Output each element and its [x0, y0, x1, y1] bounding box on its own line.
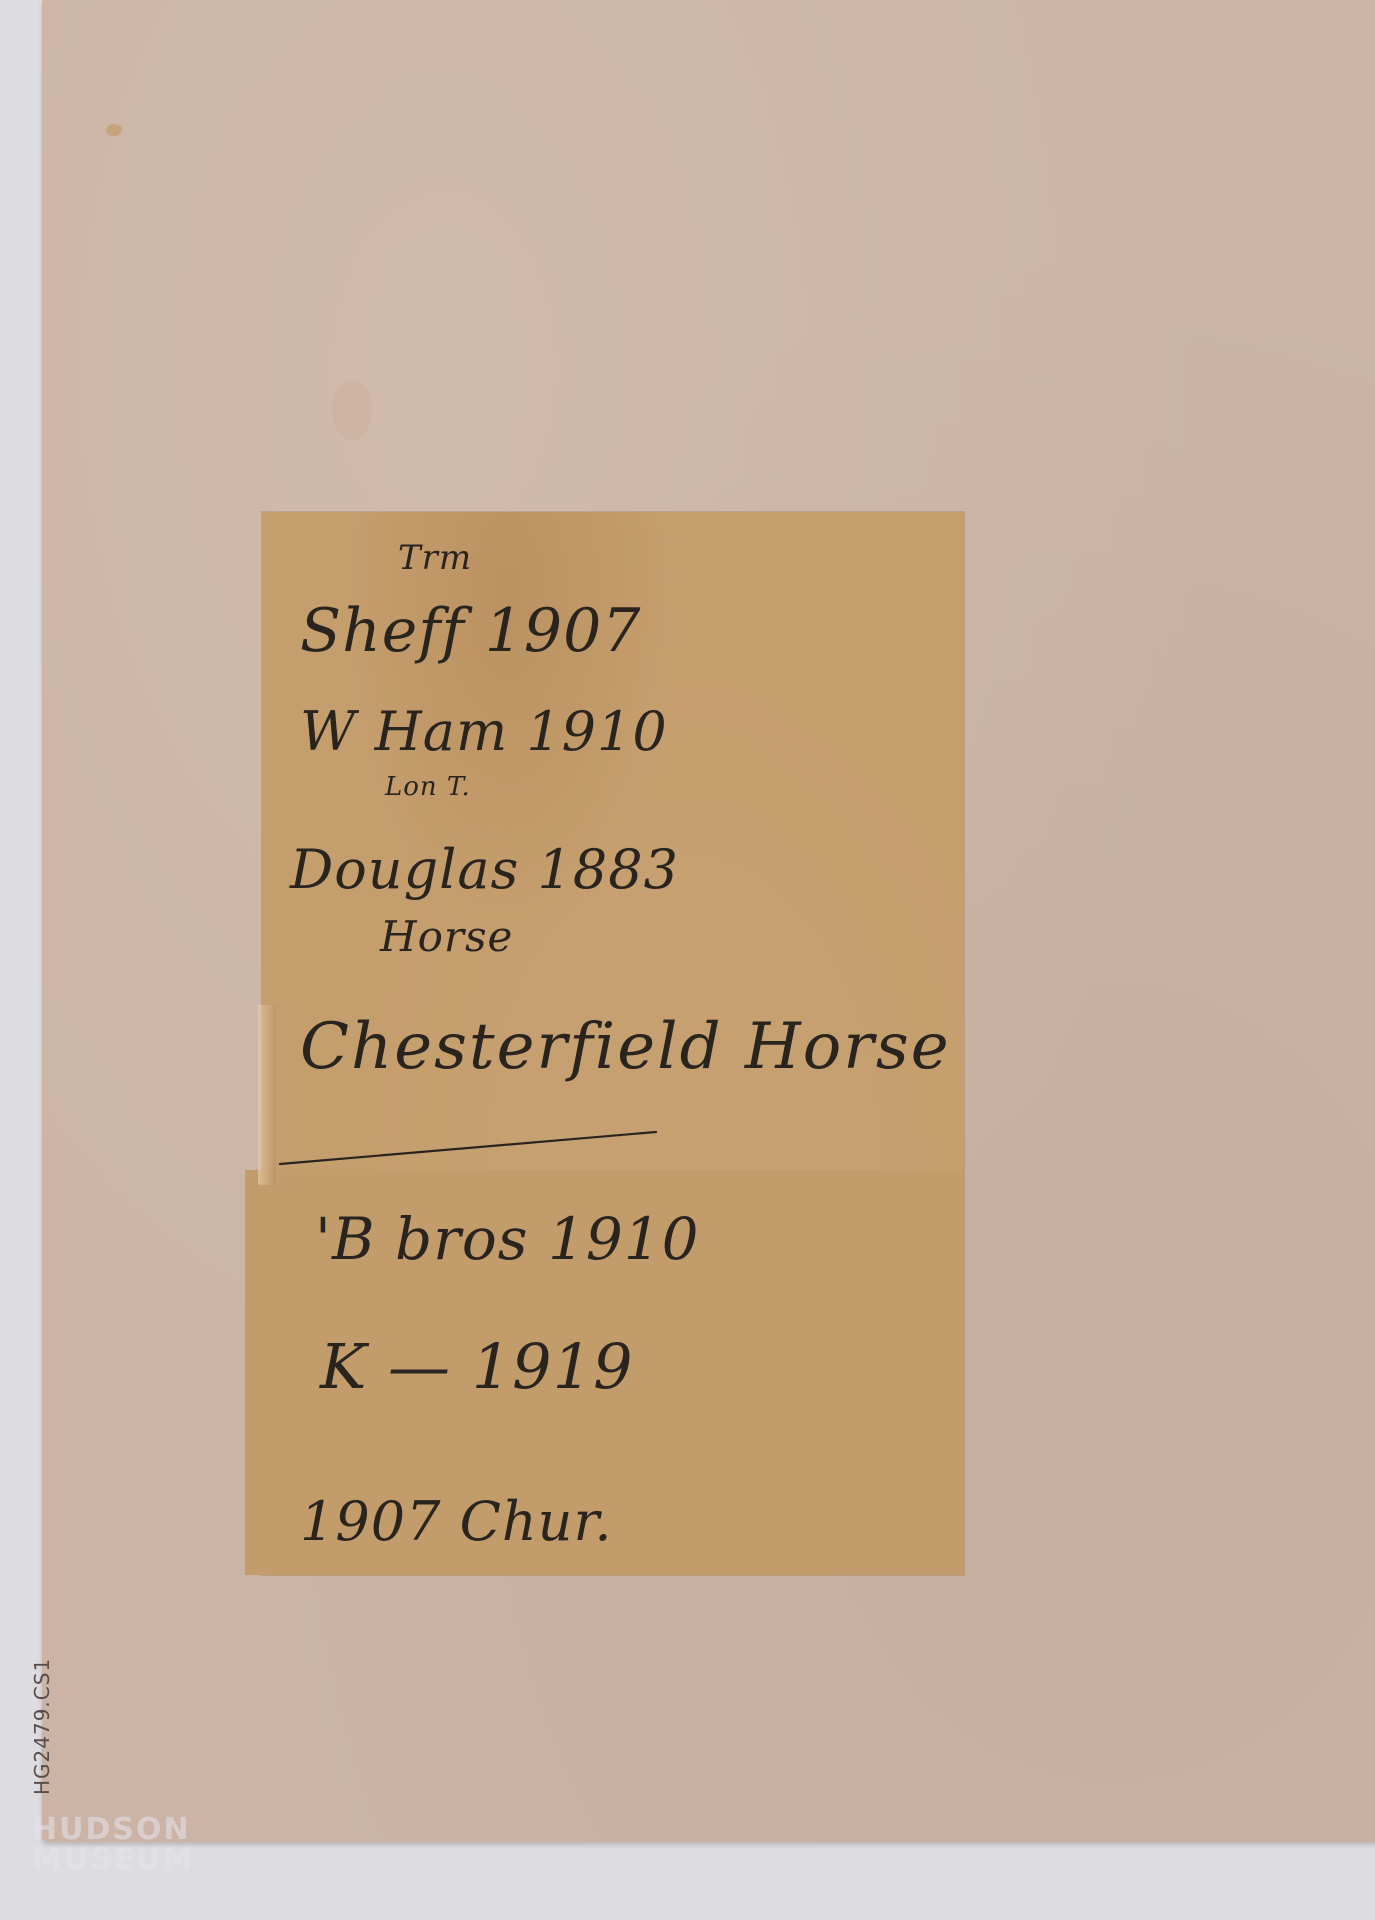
- watermark-line-2: MUSEUM: [32, 1845, 232, 1875]
- note-line-trm: Trm: [398, 538, 472, 578]
- note-line-horse: Horse: [380, 912, 513, 961]
- note-line-chur: 1907 Chur.: [300, 1490, 613, 1553]
- note-line-sheff: Sheff 1907: [300, 596, 641, 666]
- note-line-chesterfield: Chesterfield Horse: [300, 1010, 951, 1084]
- note-line-bros: 'B bros 1910: [315, 1205, 700, 1273]
- stain-mark: [106, 124, 122, 136]
- accession-number: HG2479.CS1: [30, 1615, 70, 1795]
- note-line-lont: Lon T.: [385, 772, 471, 802]
- watermark-line-1: HUDSON: [32, 1815, 232, 1845]
- note-line-wham: W Ham 1910: [300, 700, 668, 763]
- page-background: Trm Sheff 1907 W Ham 1910 Lon T. Douglas…: [0, 0, 1375, 1920]
- stain-mark: [332, 380, 372, 440]
- museum-watermark: HUDSON MUSEUM: [32, 1815, 232, 1875]
- note-line-k: K — 1919: [320, 1330, 634, 1403]
- note-line-douglas: Douglas 1883: [290, 838, 679, 901]
- underline-stroke: [278, 1128, 658, 1168]
- paper-tear-fold: [258, 1005, 276, 1186]
